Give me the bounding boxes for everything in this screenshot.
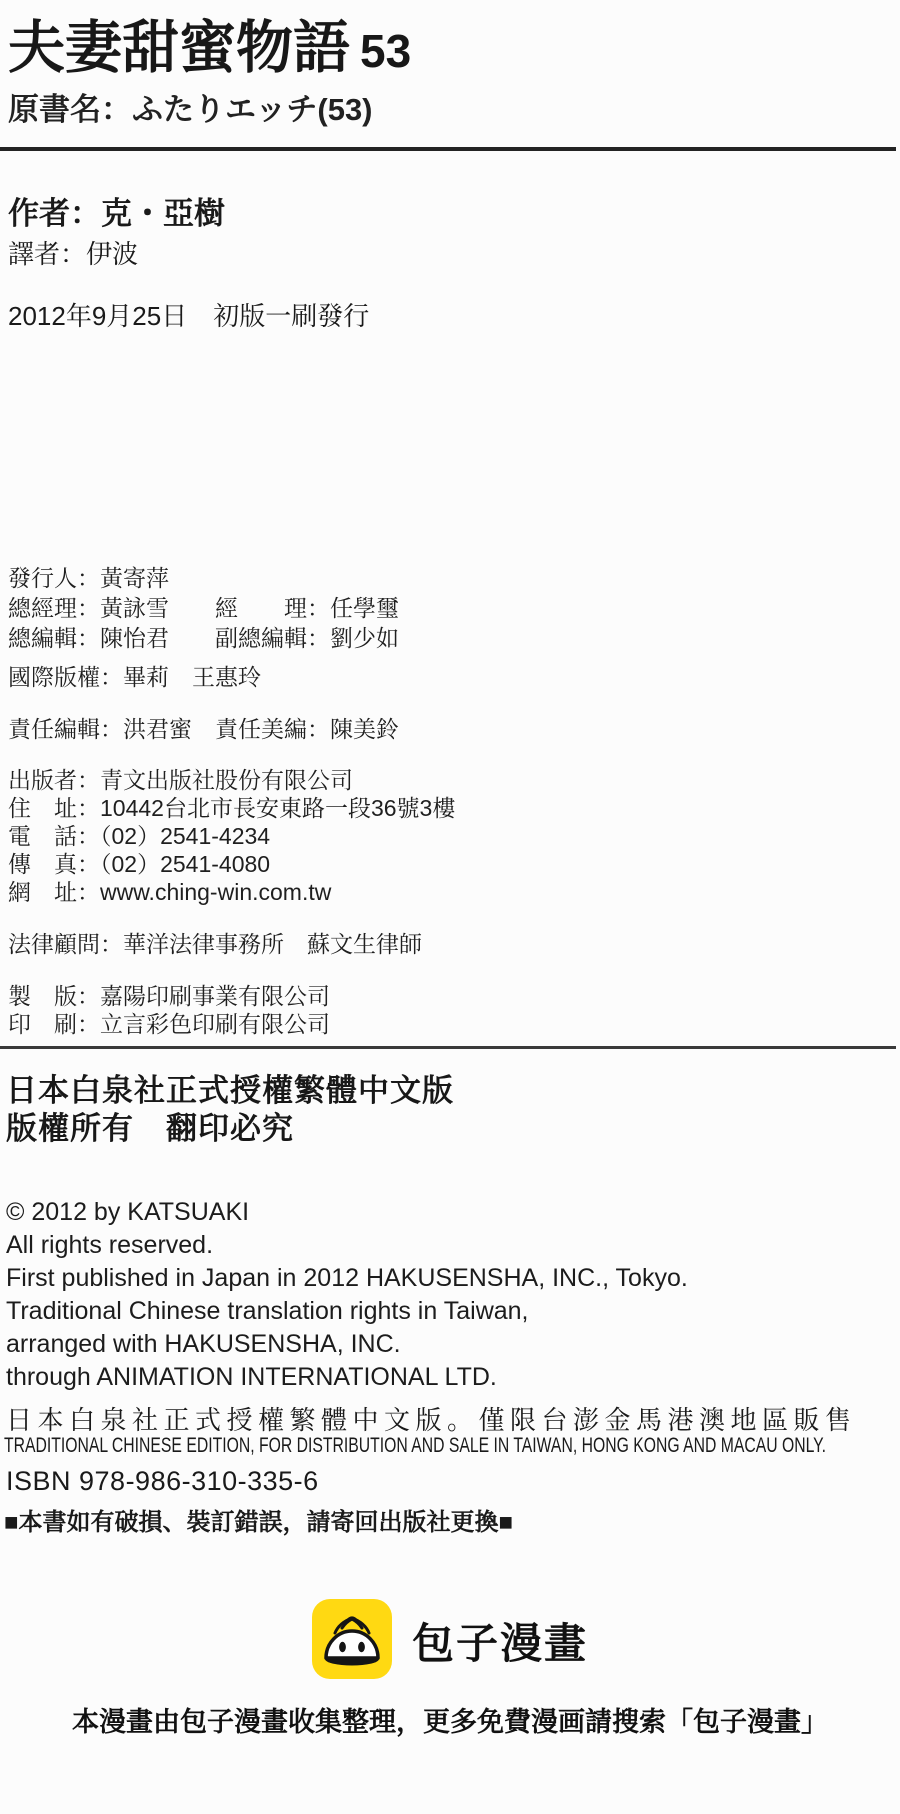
colophon-page: 夫妻甜蜜物語53 原書名：ふたりエッチ(53) 作者：克・亞樹 譯者：伊波 20… — [0, 0, 900, 1814]
page-title-volume: 53 — [360, 25, 411, 77]
legal-advisor-group: 法律顧問：華洋法律事務所 蘇文生律師 — [8, 929, 422, 959]
staff-line: 責任編輯：洪君蜜 責任美編：陳美鈴 — [8, 714, 399, 744]
license-statement: 日本白泉社正式授權繁體中文版 版權所有 翻印必究 — [6, 1072, 454, 1148]
page-title: 夫妻甜蜜物語53 — [8, 2, 411, 84]
legal-advisor-line: 法律顧問：華洋法律事務所 蘇文生律師 — [8, 929, 422, 959]
copyright-line: © 2012 by KATSUAKI — [6, 1196, 688, 1229]
divider-top — [0, 147, 896, 151]
region-restriction-cn: 日本白泉社正式授權繁體中文版。僅限台澎金馬港澳地區販售 — [6, 1400, 857, 1437]
isbn-line: ISBN 978-986-310-335-6 — [6, 1466, 319, 1497]
printing-group: 製 版：嘉陽印刷事業有限公司 印 刷：立言彩色印刷有限公司 — [8, 982, 330, 1038]
staff-group-editors: 責任編輯：洪君蜜 責任美編：陳美鈴 — [8, 714, 399, 744]
staff-group-management: 發行人：黃寄萍 總經理：黃詠雪 經 理：任學璽 總編輯：陳怡君 副總編輯：劉少如 — [8, 563, 399, 653]
phone-line: 電 話：（02）2541-4234 — [8, 822, 455, 850]
copyright-line: First published in Japan in 2012 HAKUSEN… — [6, 1262, 688, 1295]
baozi-bun-icon — [312, 1599, 392, 1684]
staff-line: 發行人：黃寄萍 — [8, 563, 399, 593]
printing-line: 印 刷：立言彩色印刷有限公司 — [8, 1010, 330, 1038]
website-line: 網 址：www.ching-win.com.tw — [8, 878, 455, 906]
page-title-text: 夫妻甜蜜物語 — [8, 16, 350, 80]
copyright-line: through ANIMATION INTERNATIONAL LTD. — [6, 1361, 688, 1394]
divider-middle — [0, 1046, 896, 1049]
region-restriction-en: TRADITIONAL CHINESE EDITION, FOR DISTRIB… — [4, 1434, 826, 1458]
staff-line: 總經理：黃詠雪 經 理：任學璽 — [8, 593, 399, 623]
damage-notice: ■本書如有破損、裝訂錯誤，請寄回出版社更換■ — [4, 1502, 513, 1537]
baozi-brand: 包子漫畫 — [0, 1598, 900, 1684]
staff-group-international-rights: 國際版權：畢莉 王惠玲 — [8, 662, 261, 692]
license-line: 版權所有 翻印必究 — [6, 1110, 454, 1148]
copyright-block: © 2012 by KATSUAKI All rights reserved. … — [6, 1196, 688, 1394]
copyright-line: arranged with HAKUSENSHA, INC. — [6, 1328, 688, 1361]
copyright-line: All rights reserved. — [6, 1229, 688, 1262]
publisher-line: 出版者：青文出版社股份有限公司 — [8, 766, 455, 794]
staff-line: 總編輯：陳怡君 副總編輯：劉少如 — [8, 623, 399, 653]
translator-line: 譯者：伊波 — [8, 234, 138, 271]
author-line: 作者：克・亞樹 — [8, 188, 225, 233]
staff-line: 國際版權：畢莉 王惠玲 — [8, 662, 261, 692]
address-line: 住 址：10442台北市長安東路一段36號3樓 — [8, 794, 455, 822]
brand-name: 包子漫畫 — [412, 1611, 588, 1671]
edition-date-line: 2012年9月25日 初版一刷發行 — [8, 296, 369, 333]
original-title: 原書名：ふたりエッチ(53) — [8, 84, 373, 129]
publisher-info-group: 出版者：青文出版社股份有限公司 住 址：10442台北市長安東路一段36號3樓 … — [8, 766, 455, 906]
copyright-line: Traditional Chinese translation rights i… — [6, 1295, 688, 1328]
plate-making-line: 製 版：嘉陽印刷事業有限公司 — [8, 982, 330, 1010]
fax-line: 傳 真：（02）2541-4080 — [8, 850, 455, 878]
license-line: 日本白泉社正式授權繁體中文版 — [6, 1072, 454, 1110]
footer-tagline: 本漫畫由包子漫畫收集整理，更多免費漫画請搜索「包子漫畫」 — [0, 1700, 900, 1739]
